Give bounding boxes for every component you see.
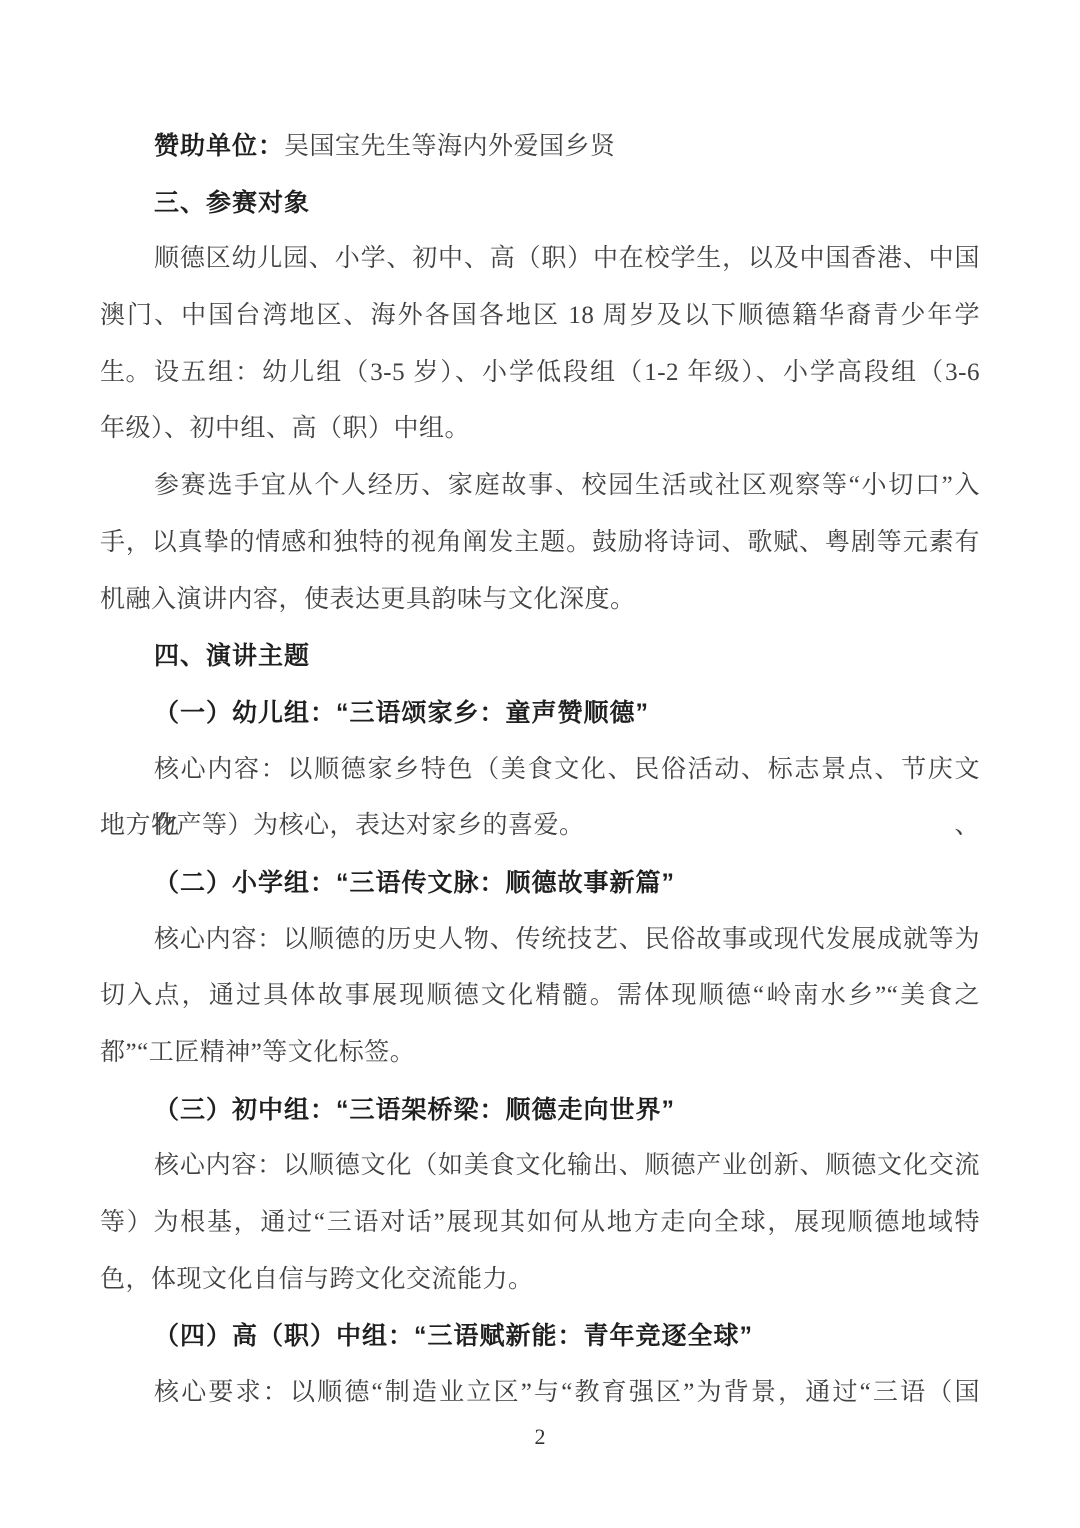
page-number: 2 [0,1422,1080,1452]
paragraph-line: 手，以真挚的情感和独特的视角阐发主题。鼓励将诗词、歌赋、粤剧等元素有 [100,515,980,572]
sponsor-value: 吴国宝先生等海内外爱国乡贤 [284,133,616,160]
paragraph-line: 顺德区幼儿园、小学、初中、高（职）中在校学生，以及中国香港、中国 [100,231,980,288]
paragraph-line: 核心内容：以顺德家乡特色（美食文化、民俗活动、标志景点、节庆文化、 [100,742,980,799]
paragraph-line: 核心要求：以顺德“制造业立区”与“教育强区”为背景，通过“三语（国 [100,1365,980,1422]
section-heading-participants: 三、参赛对象 [100,175,980,232]
paragraph-line: 机融入演讲内容，使表达更具韵味与文化深度。 [100,572,980,629]
paragraph-line: 都”“工匠精神”等文化标签。 [100,1025,980,1082]
sponsor-line: 赞助单位：吴国宝先生等海内外爱国乡贤 [100,118,980,175]
paragraph-line: 等）为根基，通过“三语对话”展现其如何从地方走向全球，展现顺德地域特 [100,1195,980,1252]
group-heading-kindergarten: （一）幼儿组：“三语颂家乡：童声赞顺德” [100,685,980,742]
paragraph-line: 色，体现文化自信与跨文化交流能力。 [100,1252,980,1309]
paragraph-line: 年级）、初中组、高（职）中组。 [100,401,980,458]
group-heading-primary: （二）小学组：“三语传文脉：顺德故事新篇” [100,855,980,912]
sponsor-label: 赞助单位： [154,132,284,160]
paragraph-line: 切入点，通过具体故事展现顺德文化精髓。需体现顺德“岭南水乡”“美食之 [100,968,980,1025]
group-heading-senior: （四）高（职）中组：“三语赋新能：青年竞逐全球” [100,1308,980,1365]
document-body: 赞助单位：吴国宝先生等海内外爱国乡贤 三、参赛对象 顺德区幼儿园、小学、初中、高… [0,0,1080,1422]
section-heading-themes: 四、演讲主题 [100,628,980,685]
document-page: 赞助单位：吴国宝先生等海内外爱国乡贤 三、参赛对象 顺德区幼儿园、小学、初中、高… [0,0,1080,1528]
paragraph-line: 澳门、中国台湾地区、海外各国各地区 18 周岁及以下顺德籍华裔青少年学生。 [100,288,980,345]
group-heading-junior: （三）初中组：“三语架桥梁：顺德走向世界” [100,1082,980,1139]
paragraph-line: 参赛选手宜从个人经历、家庭故事、校园生活或社区观察等“小切口”入 [100,458,980,515]
paragraph-line: 设五组：幼儿组（3-5 岁）、小学低段组（1-2 年级）、小学高段组（3-6 [100,345,980,402]
paragraph-line: 核心内容：以顺德的历史人物、传统技艺、民俗故事或现代发展成就等为 [100,912,980,969]
paragraph-line: 核心内容：以顺德文化（如美食文化输出、顺德产业创新、顺德文化交流 [100,1138,980,1195]
